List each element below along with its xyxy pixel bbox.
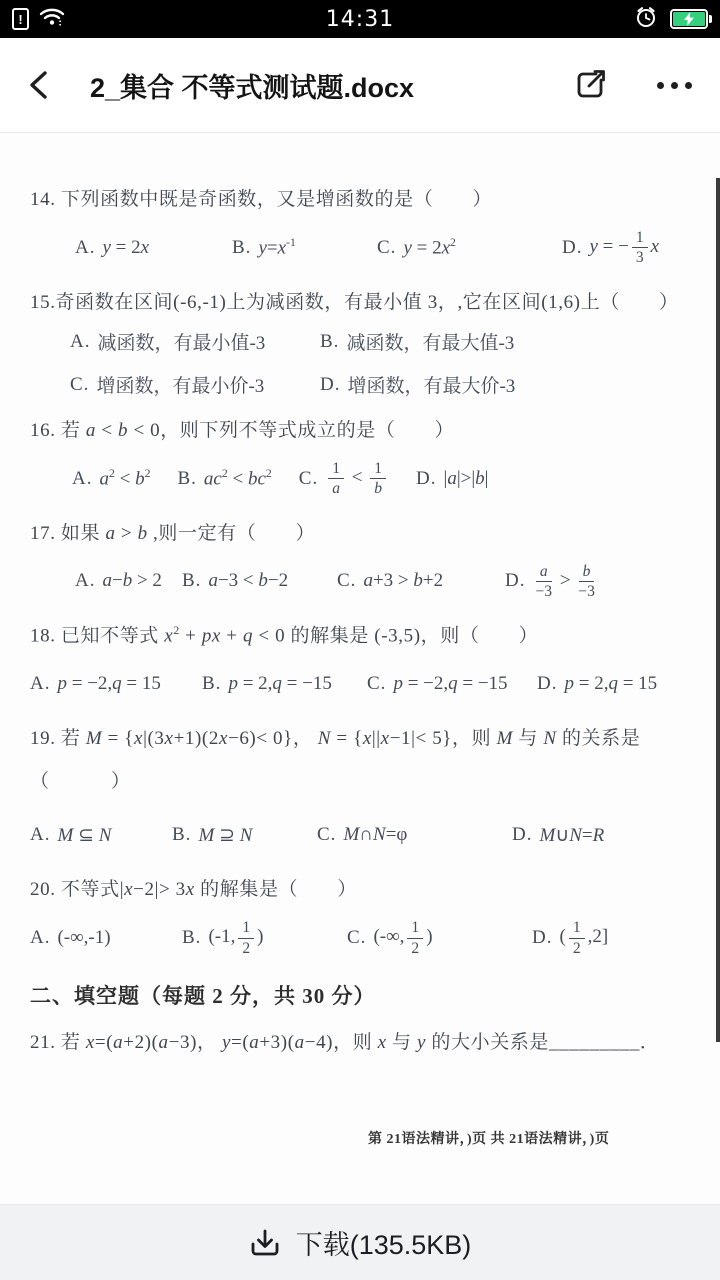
question-15-stem: 15.奇函数在区间(-6,-1)上为减函数，有最小值 3，,它在区间(1,6)上… [30,290,690,317]
question-17-option-D: D.a−3 > b−3 [505,563,690,600]
more-icon [657,82,664,89]
share-button[interactable] [571,65,611,105]
question-15-options: A.减函数，有最小值-3B.减函数，有最大值-3C.增函数，有最小价-3D.增函… [30,328,690,398]
alarm-icon [634,5,658,34]
battery-charging-icon [670,9,708,29]
question-16-stem: 16. 若 a < b < 0，则下列不等式成立的是（ ） [30,418,690,445]
question-18-stem: 18. 已知不等式 x2 + px + q < 0 的解集是 (-3,5)，则（… [30,623,690,650]
question-18-option-C: C.p = −2,q = −15 [367,673,537,695]
section-heading: 二、填空题（每题 2 分，共 30 分） [30,980,690,1010]
question-19-stem2: （ ） [30,769,690,796]
document-header: 2_集合 不等式测试题.docx [0,38,720,133]
status-bar: ! 14:31 [0,0,720,38]
question-17-option-A: A.a−b > 2 [75,570,182,592]
question-16: 16. 若 a < b < 0，则下列不等式成立的是（ ）A.a2 < b2B.… [30,418,690,501]
question-19-stem: 19. 若 M = {x|(3x+1)(2x−6)< 0}， N = {x||x… [30,726,690,753]
back-icon [26,69,52,101]
question-14-stem: 14. 下列函数中既是奇函数，又是增函数的是（ ） [30,187,690,214]
file-title: 2_集合 不等式测试题.docx [90,66,414,105]
question-18-option-D: D.p = 2,q = 15 [537,673,690,695]
question-14-option-C: C.y = 2x2 [377,236,562,259]
scan-page-edge [716,178,720,1042]
question-20-option-D: D.(12,2] [532,919,690,956]
question-16-option-B: B.ac2 < bc2 [177,467,271,490]
question-15: 15.奇函数在区间(-6,-1)上为减函数，有最小值 3，,它在区间(1,6)上… [30,290,690,399]
question-18-option-B: B.p = 2,q = −15 [202,673,367,695]
question-14-option-B: B.y=x-1 [232,236,377,259]
question-21-stem: 21. 若 x=(a+2)(a−3)， y=(a+3)(a−4)，则 x 与 y… [30,1030,690,1057]
page-edge-mark: （ [711,1131,720,1152]
question-19-option-D: D.M∪N=R [512,824,690,847]
share-icon [571,65,611,105]
question-20-option-B: B.(-1,12) [182,919,347,956]
more-menu-button[interactable] [655,76,694,95]
questions: 14. 下列函数中既是奇函数，又是增函数的是（ ）A.y = 2xB.y=x-1… [30,187,690,1057]
question-17-option-C: C.a+3 > b+2 [337,570,505,592]
document-page[interactable]: 14. 下列函数中既是奇函数，又是增函数的是（ ）A.y = 2xB.y=x-1… [0,133,720,1204]
question-18: 18. 已知不等式 x2 + px + q < 0 的解集是 (-3,5)，则（… [30,623,690,706]
question-15-option-D: D.增函数，有最大价-3 [320,371,690,398]
question-19: 19. 若 M = {x|(3x+1)(2x−6)< 0}， N = {x||x… [30,726,690,857]
question-17-options: A.a−b > 2B.a−3 < b−2C.a+3 > b+2D.a−3 > b… [30,559,690,603]
sim-alert-icon: ! [12,8,29,30]
page-footer-note: 第 21语法精讲，)页 共 21语法精讲，)页 [368,1128,609,1148]
question-20-option-C: C.(-∞,12) [347,919,532,956]
question-16-option-D: D.|a|>|b| [416,468,488,490]
question-21: 21. 若 x=(a+2)(a−3)， y=(a+3)(a−4)，则 x 与 y… [30,1030,690,1057]
question-14-option-D: D.y = −13x [562,229,690,266]
question-19-options: A.M ⊆ NB.M ⊇ NC.M∩N=φD.M∪N=R [30,813,690,857]
download-icon [249,1227,281,1259]
question-16-options: A.a2 < b2B.ac2 < bc2C.1a < 1bD.|a|>|b| [30,457,690,501]
question-19-option-A: A.M ⊆ N [30,824,172,847]
question-14-options: A.y = 2xB.y=x-1C.y = 2x2D.y = −13x [30,226,690,270]
status-time: 14:31 [0,7,720,32]
back-button[interactable] [26,65,60,105]
question-17: 17. 如果 a > b ,则一定有（ ）A.a−b > 2B.a−3 < b−… [30,521,690,604]
question-20-options: A.(-∞,-1)B.(-1,12)C.(-∞,12)D.(12,2] [30,916,690,960]
question-15-option-B: B.减函数，有最大值-3 [320,328,690,355]
question-15-option-C: C.增函数，有最小价-3 [70,371,320,398]
question-14: 14. 下列函数中既是奇函数，又是增函数的是（ ）A.y = 2xB.y=x-1… [30,187,690,270]
question-20-stem: 20. 不等式|x−2|> 3x 的解集是（ ） [30,877,690,904]
question-19-option-C: C.M∩N=φ [317,824,512,846]
question-16-option-C: C.1a < 1b [299,460,389,497]
question-20: 20. 不等式|x−2|> 3x 的解集是（ ）A.(-∞,-1)B.(-1,1… [30,877,690,960]
question-19-option-B: B.M ⊇ N [172,824,317,847]
wifi-icon [39,5,67,34]
question-15-option-A: A.减函数，有最小值-3 [70,328,320,355]
question-20-option-A: A.(-∞,-1) [30,927,182,949]
question-18-option-A: A.p = −2,q = 15 [30,673,202,695]
question-14-option-A: A.y = 2x [75,237,232,259]
download-label: 下载(135.5KB) [296,1223,472,1262]
question-17-option-B: B.a−3 < b−2 [182,570,337,592]
question-17-stem: 17. 如果 a > b ,则一定有（ ） [30,521,690,548]
question-16-option-A: A.a2 < b2 [72,467,150,490]
question-18-options: A.p = −2,q = 15B.p = 2,q = −15C.p = −2,q… [30,662,690,706]
bottom-bar: 下载(135.5KB) [0,1204,720,1280]
battery-fill [673,12,705,26]
download-button[interactable]: 下载(135.5KB) [229,1215,492,1270]
